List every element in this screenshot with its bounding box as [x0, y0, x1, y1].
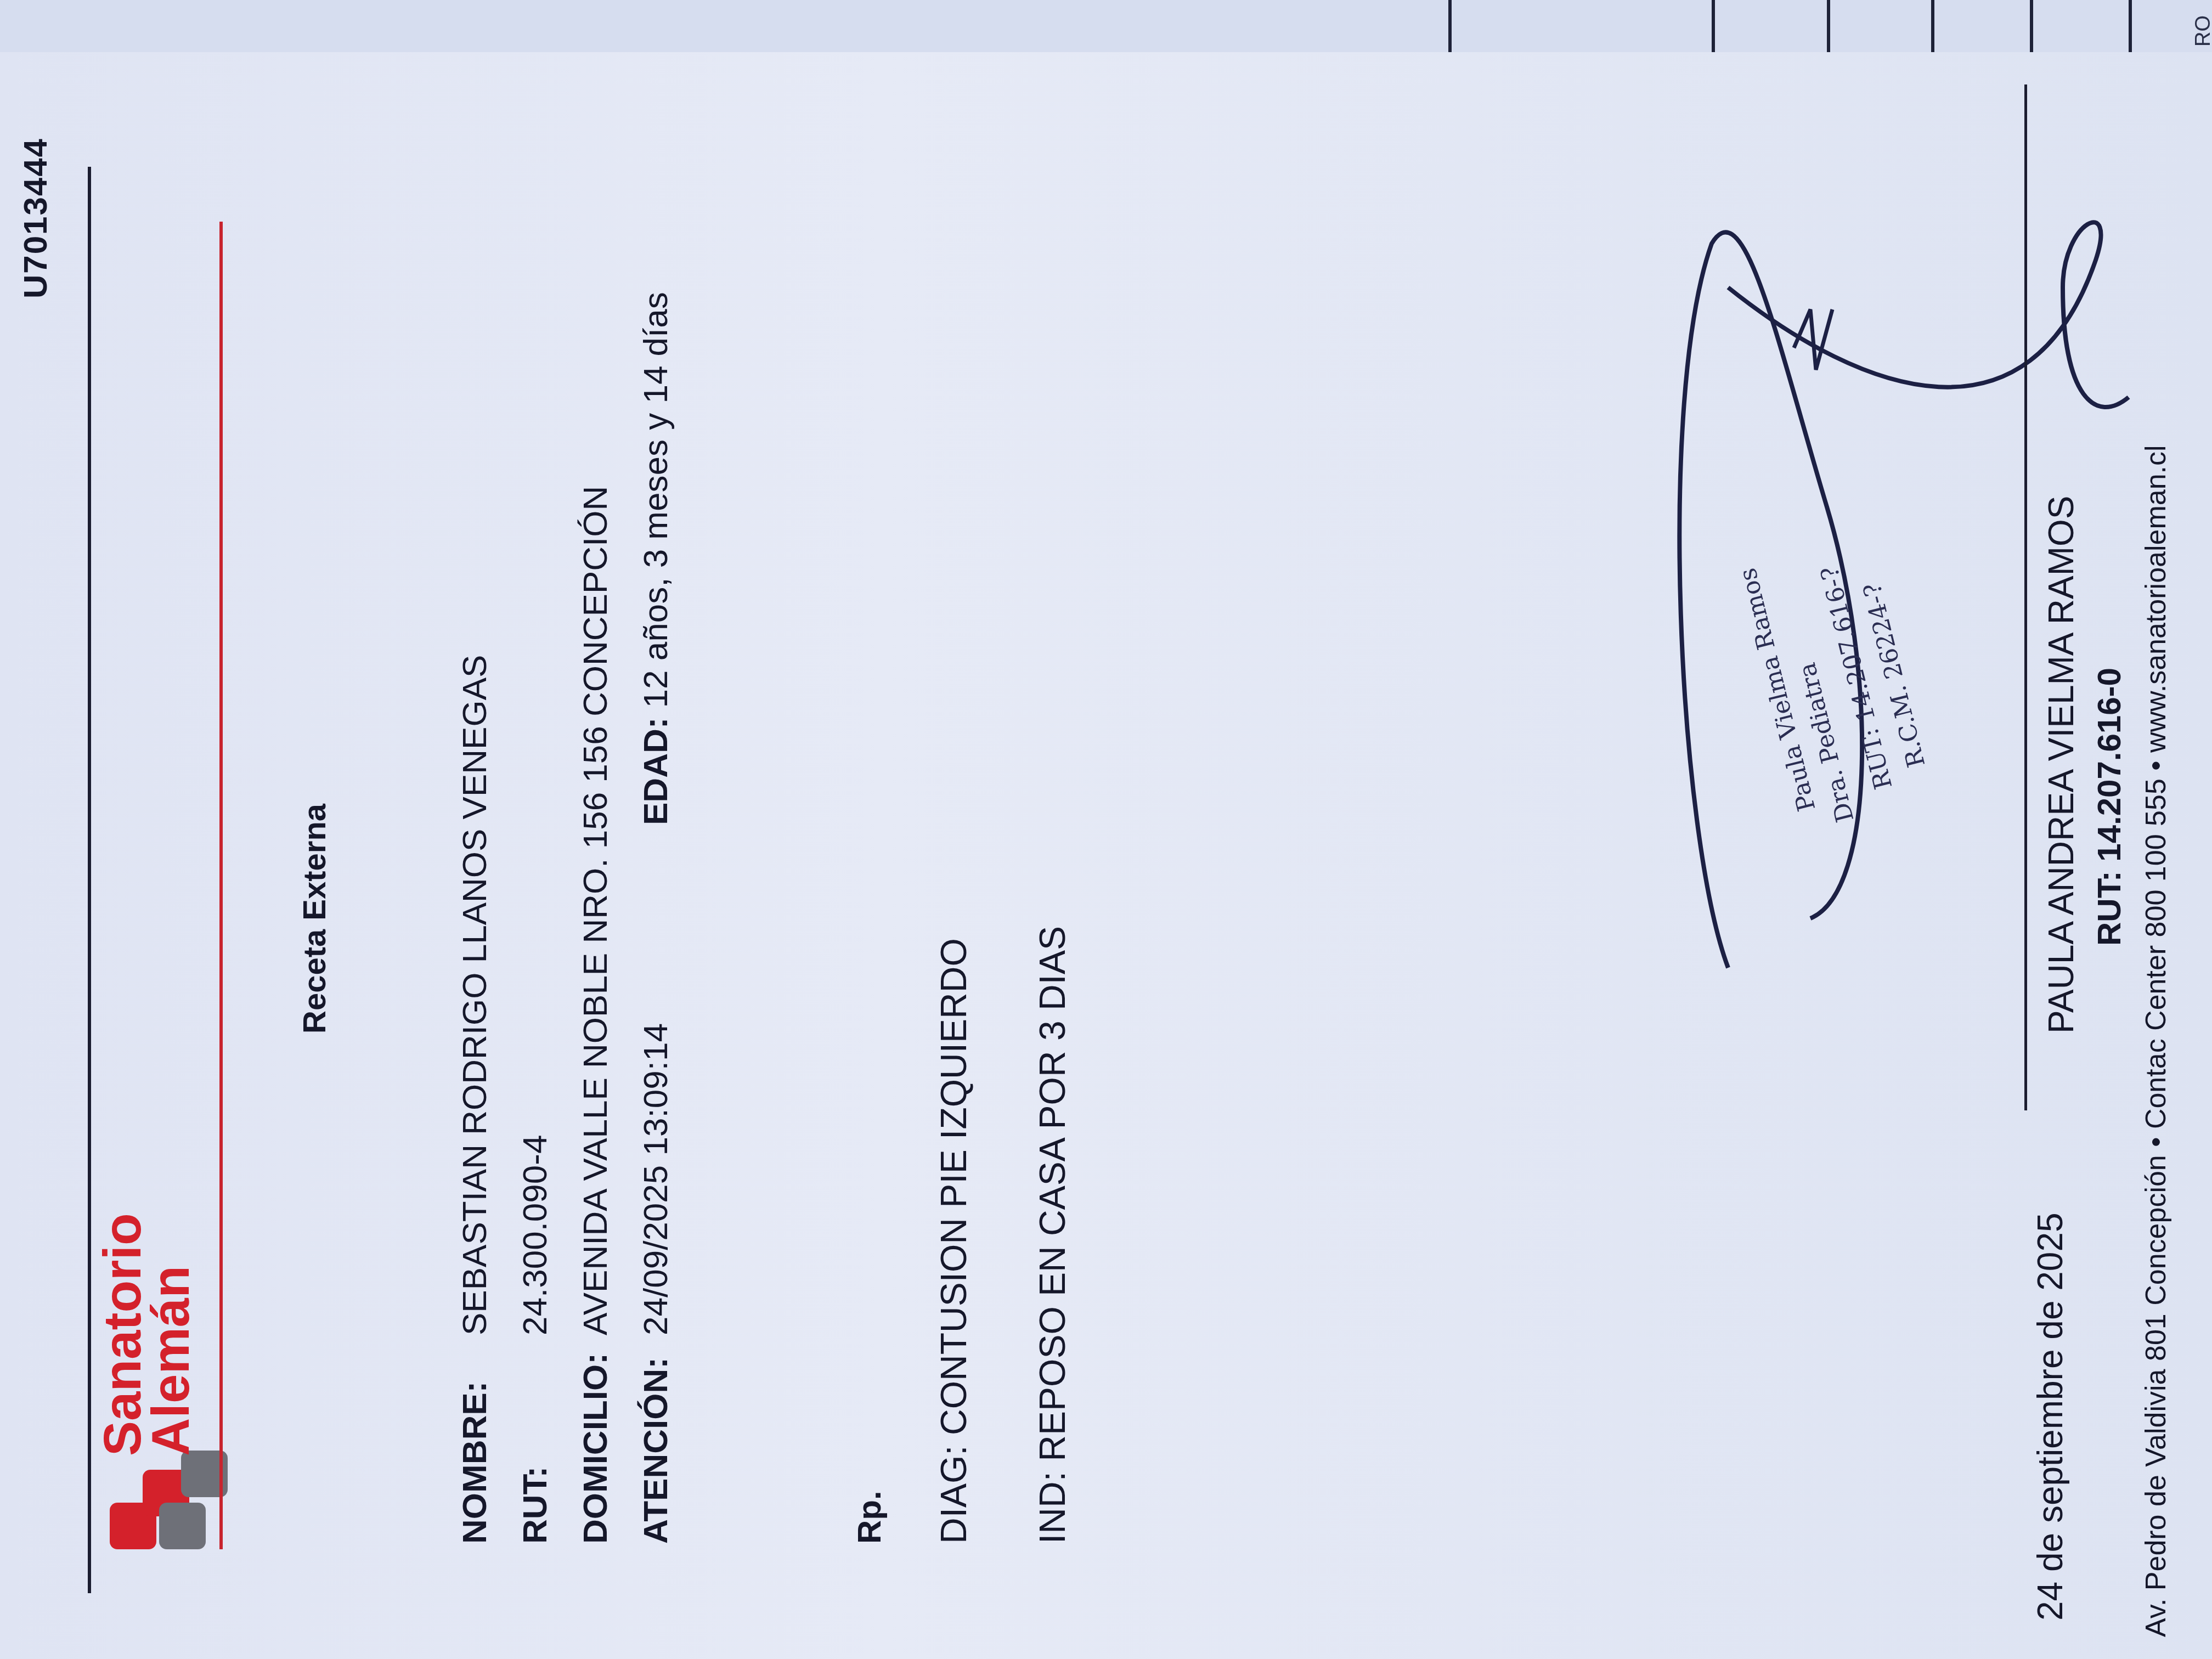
prescription-paper: U7013444 Sanatorio Alemán Receta Externa…: [0, 52, 2212, 1659]
indication: IND: REPOSO EN CASA POR 3 DIAS: [1031, 926, 1073, 1544]
logo-line-2: Alemán: [147, 1213, 195, 1456]
footer-contact: Av. Pedro de Valdivia 801 Concepción • C…: [2140, 445, 2172, 1637]
doctor-name: PAULA ANDREA VIELMA RAMOS: [2041, 496, 2081, 1034]
logo: Sanatorio Alemán: [99, 1165, 208, 1549]
domicilio-value: AVENIDA VALLE NOBLE NRO. 156 156 CONCEPC…: [577, 486, 614, 1335]
form-rule: [1448, 0, 1452, 60]
edad-label: EDAD:: [637, 718, 675, 825]
field-domicilio: DOMICILIO:AVENIDA VALLE NOBLE NRO. 156 1…: [576, 486, 615, 1544]
atencion-label: ATENCIÓN:: [636, 1335, 675, 1544]
diagnosis: DIAG: CONTUSION PIE IZQUIERDO: [933, 938, 974, 1544]
document-code: U7013444: [16, 138, 54, 298]
field-rut: RUT:24.300.090-4: [516, 1135, 555, 1544]
brand-rule: [219, 222, 223, 1549]
header-rule: [88, 167, 91, 1593]
issue-date: 24 de septiembre de 2025: [2030, 1212, 2070, 1621]
rp-label: Rp.: [850, 1491, 888, 1544]
logo-text: Sanatorio Alemán: [99, 1213, 195, 1456]
field-nombre: NOMBRE:SEBASTIAN RODRIGO LLANOS VENEGAS: [455, 655, 494, 1544]
nombre-label: NOMBRE:: [455, 1335, 494, 1544]
document-title: Receta Externa: [296, 804, 333, 1034]
logo-line-1: Sanatorio: [99, 1213, 147, 1456]
nombre-value: SEBASTIAN RODRIGO LLANOS VENEGAS: [456, 655, 494, 1335]
doctor-stamp: Paula Vielma Ramos Dra. Pediatra RUT: 14…: [1706, 529, 1882, 836]
domicilio-label: DOMICILIO:: [576, 1335, 615, 1544]
rut-label: RUT:: [516, 1335, 555, 1544]
atencion-value: 24/09/2025 13:09:14: [637, 1023, 675, 1335]
field-edad: EDAD: 12 años, 3 meses y 14 días: [636, 292, 675, 825]
signature-rule: [2024, 84, 2027, 1110]
background-label: RO: [2192, 15, 2212, 47]
field-atencion: ATENCIÓN:24/09/2025 13:09:14: [636, 1023, 675, 1544]
prescription-document: U7013444 Sanatorio Alemán Receta Externa…: [0, 52, 2212, 1659]
rut-value: 24.300.090-4: [516, 1135, 554, 1335]
logo-square-gray: [159, 1503, 206, 1549]
doctor-rut: RUT: 14.207.616-0: [2090, 668, 2128, 946]
edad-value: 12 años, 3 meses y 14 días: [637, 292, 675, 708]
